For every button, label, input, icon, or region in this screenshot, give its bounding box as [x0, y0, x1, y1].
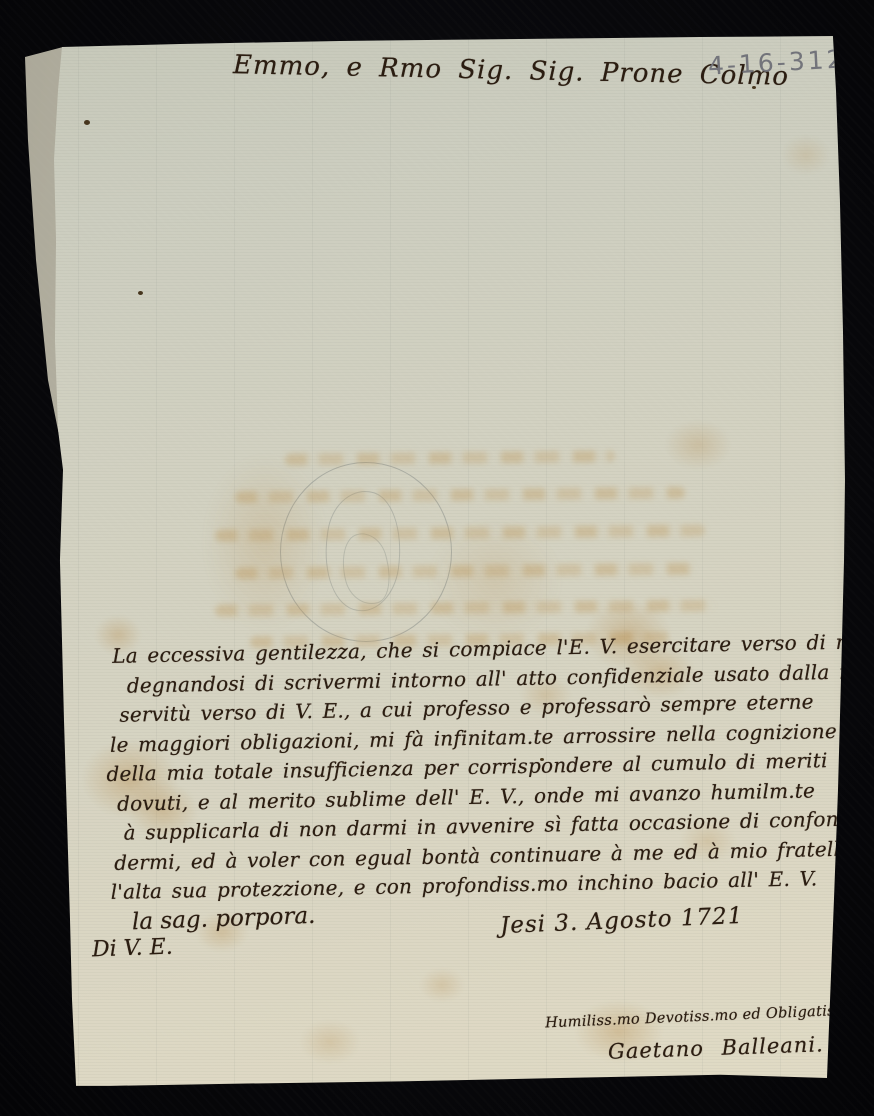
- salutation: Emmo, e Rmo Sig. Sig. Prone Colmo: [233, 50, 790, 92]
- closing-line: la sag. porpora.: [132, 903, 316, 935]
- paper-speck: [138, 291, 143, 295]
- foxing-stain: [300, 1020, 360, 1064]
- watermark-figure: [317, 486, 409, 615]
- dateline: Jesi 3. Agosto 1721: [500, 903, 744, 939]
- photo-background: Emmo, e Rmo Sig. Sig. Prone Colmo 4-16-3…: [0, 0, 874, 1116]
- foxing-stain: [430, 520, 560, 640]
- valediction: Humiliss.mo Devotiss.mo ed Obligatiss.mo…: [545, 999, 874, 1032]
- foxing-stain: [420, 968, 464, 1002]
- sender-prefix: Di V. E.: [92, 935, 174, 963]
- letter-sheet: Emmo, e Rmo Sig. Sig. Prone Colmo 4-16-3…: [0, 0, 874, 1116]
- ink-bleedthrough-line: [285, 450, 615, 465]
- letter-body: La eccessiva gentilezza, che si compiace…: [104, 628, 853, 908]
- foxing-stain: [782, 135, 830, 175]
- catalog-number: 4-16-312: [707, 44, 846, 80]
- paper-speck: [84, 120, 90, 125]
- foxing-stain: [665, 420, 731, 470]
- foxing-stain: [205, 455, 325, 630]
